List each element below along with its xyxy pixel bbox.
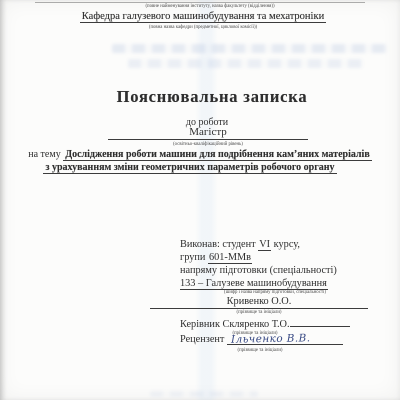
reviewer-label: Рецензент: [180, 334, 224, 345]
reviewer-caption: (прізвище та ініціали): [212, 347, 308, 352]
photo-left-edge-shadow: [0, 0, 6, 400]
course-value: VI: [258, 239, 271, 251]
specialty-caption: (шифр і назва напряму підготовки, спеціа…: [218, 289, 332, 294]
student-name-caption: (прізвище та ініціали): [194, 309, 325, 314]
department-name: Кафедра галузевого машинобудування та ме…: [80, 11, 326, 23]
supervisor-label: Керівник: [180, 319, 220, 330]
reviewer-name-handwritten: Ільченко В.В.: [231, 332, 311, 345]
topic-prefix: на тему: [28, 149, 60, 160]
bleed-through-smudge: [150, 391, 258, 397]
topic-line1: Дослідження роботи машини для подрібненн…: [63, 149, 372, 161]
page-title: Пояснювальна записка: [12, 87, 400, 107]
performed-by-label: Виконав: студент: [180, 239, 256, 250]
specialty-label: напряму підготовки (спеціальності): [180, 265, 337, 277]
department-caption: (повна назва кафедри (предметної, циклов…: [83, 24, 323, 29]
reviewer-signature-line: Ільченко В.В.: [227, 333, 343, 345]
bleed-through-text: [128, 59, 364, 68]
topic-line2: з урахуванням зміни геометричних парамет…: [43, 162, 336, 174]
institute-caption: (повне найменування інституту, назва фак…: [90, 3, 330, 8]
degree-caption: (освітньо-кваліфікаційний рівень): [148, 141, 268, 146]
degree-value: Магістр: [108, 126, 308, 140]
course-suffix: курсу,: [274, 239, 300, 250]
document-page: (повне найменування інституту, назва фак…: [0, 0, 400, 400]
bleed-through-text: [112, 44, 388, 53]
student-name: Кривенко О.О.: [150, 296, 368, 309]
group-value: 601-ММв: [208, 252, 252, 264]
supervisor-name: Скляренко Т.О.: [223, 319, 290, 330]
supervisor-signature-line: [290, 317, 350, 327]
group-label: групи: [180, 252, 205, 263]
